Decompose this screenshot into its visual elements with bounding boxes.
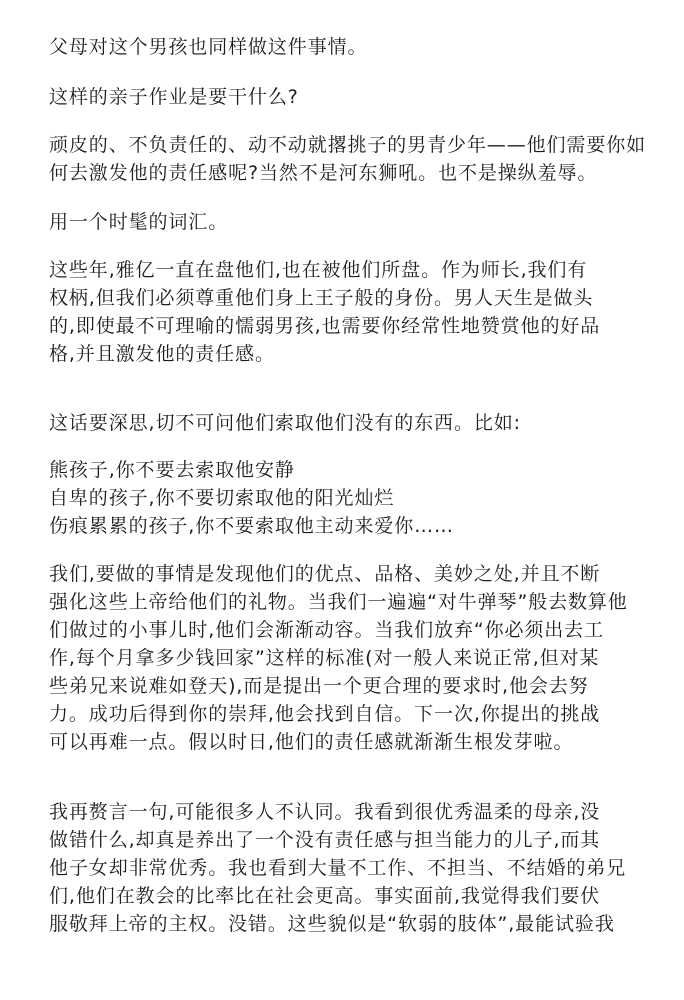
paragraph-8-line-6: 力。成功后得到你的崇拜,他会找到自信。下一次,你提出的挑战 (49, 700, 600, 728)
paragraph-3-line-1: 顽皮的、不负责任的、动不动就撂挑子的男青少年——他们需要你如 (49, 131, 646, 159)
paragraph-8-line-2: 强化这些上帝给他们的礼物。当我们一遍遍“对牛弹琴”般去数算他 (49, 588, 628, 616)
paragraph-9-line-4: 们,他们在教会的比率比在社会更高。事实面前,我觉得我们要伏 (49, 882, 600, 910)
paragraph-4-line-1: 用一个时髦的词汇。 (49, 208, 228, 236)
paragraph-5-line-3: 的,即使最不可理喻的懦弱男孩,也需要你经常性地赞赏他的好品 (49, 312, 600, 340)
paragraph-8-line-5: 些弟兄来说难如登天),而是提出一个更合理的要求时,他会去努 (49, 672, 589, 700)
paragraph-8-line-4: 作,每个月拿多少钱回家”这样的标准(对一般人来说正常,但对某 (49, 644, 599, 672)
example-line-3: 伤痕累累的孩子,你不要索取他主动来爱你…… (49, 512, 454, 540)
paragraph-8-line-3: 们做过的小事儿时,他们会渐渐动容。当我们放弃“你必须出去工 (49, 616, 604, 644)
paragraph-6-line-1: 这话要深思,切不可问他们索取他们没有的东西。比如: (49, 409, 521, 437)
paragraph-9-line-5: 服敬拜上帝的主权。没错。这些貌似是“软弱的肢体”,最能试验我 (49, 910, 615, 938)
paragraph-9-line-3: 他子女却非常优秀。我也看到大量不工作、不担当、不结婚的弟兄 (49, 854, 626, 882)
paragraph-5-line-4: 格,并且激发他的责任感。 (49, 340, 275, 368)
paragraph-5-line-1: 这些年,雅亿一直在盘他们,也在被他们所盘。作为师长,我们有 (49, 256, 587, 284)
paragraph-8-line-1: 我们,要做的事情是发现他们的优点、品格、美妙之处,并且不断 (49, 560, 600, 588)
example-line-2: 自卑的孩子,你不要切索取他的阳光灿烂 (49, 484, 394, 512)
paragraph-5-line-2: 权柄,但我们必须尊重他们身上王子般的身份。男人天生是做头 (49, 284, 593, 312)
paragraph-1-line-1: 父母对这个男孩也同样做这件事情。 (49, 33, 367, 61)
paragraph-2-line-1: 这样的亲子作业是要干什么? (49, 83, 299, 111)
paragraph-8-line-7: 可以再难一点。假以时日,他们的责任感就渐渐生根发芽啦。 (49, 728, 573, 756)
example-line-1: 熊孩子,你不要去索取他安静 (49, 456, 295, 484)
paragraph-9-line-2: 做错什么,却真是养出了一个没有责任感与担当能力的儿子,而其 (49, 826, 600, 854)
paragraph-3-line-2: 何去激发他的责任感呢?当然不是河东狮吼。也不是操纵羞辱。 (49, 159, 597, 187)
paragraph-9-line-1: 我再赘言一句,可能很多人不认同。我看到很优秀温柔的母亲,没 (49, 798, 600, 826)
